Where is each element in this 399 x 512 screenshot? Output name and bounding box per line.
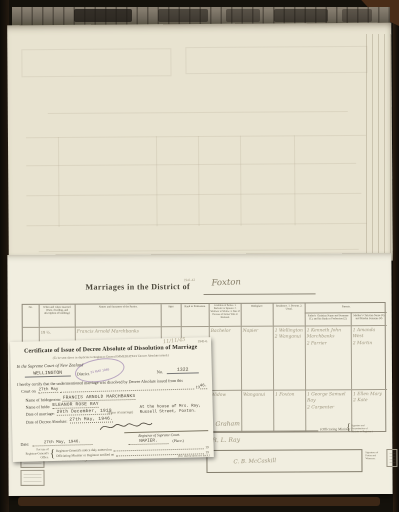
- district-typed-value: WELLINGTON: [25, 370, 71, 377]
- bride-label: Name of bride:: [26, 404, 51, 410]
- col-header-mother: Mother's Christian Name (1), and Maiden …: [351, 312, 387, 325]
- col-header-parents: Parents.: [305, 303, 387, 312]
- minister-caption-note: Signature and Denomination of Minister o…: [351, 424, 372, 433]
- stamp-date: 31 MAY 1946: [90, 367, 109, 374]
- col-header-birthplace: Birthplace.: [241, 304, 273, 326]
- number-value: 1322: [167, 367, 199, 374]
- showthrough-line: [240, 136, 242, 226]
- cell-birthplace-1: Napier: [241, 326, 273, 390]
- instructions-note: (For instructions see back.): [178, 453, 210, 458]
- form-reference: 1945-6.: [198, 339, 209, 343]
- date-typed: 27th May, 1946.: [32, 440, 92, 446]
- showthrough-line: [26, 193, 361, 196]
- showthrough-box: [185, 46, 367, 74]
- col-header-condition: Condition of Parties. 1. Bachelor or Spi…: [209, 304, 241, 326]
- witness-signature-box: C. B. McCaskill: [233, 458, 276, 465]
- book-cover-bottom-edge: [18, 497, 380, 506]
- office-brace: {: [50, 448, 56, 460]
- number-label: No.: [157, 369, 164, 374]
- blank-verso-page: [7, 23, 393, 264]
- certificate-date-row: Date: 27th May, 1946.: [20, 440, 92, 447]
- margin-note-box: [20, 470, 44, 486]
- marriage-place-label: (Place of marriage): [108, 410, 134, 415]
- marriage-date-value: 29th December, 1919: [57, 409, 112, 416]
- place-caption: (Place.): [172, 439, 183, 443]
- cell-birthplace-2: Wanganui: [241, 390, 273, 432]
- decree-date-typed: 27th May: [39, 388, 59, 393]
- showthrough-line: [26, 135, 366, 138]
- court-on-label: Court on: [21, 388, 36, 393]
- rule-fill: [60, 389, 193, 393]
- marriage-date-label: Date of marriage:: [26, 411, 55, 417]
- showthrough-line: [156, 136, 158, 226]
- margin-edge-box: [386, 449, 397, 467]
- date-label: Date:: [20, 442, 29, 447]
- bridegroom-label: Name of bridegroom:: [25, 397, 61, 403]
- col-header-residence: Residence. 1. Present. 2. Usual.: [273, 303, 305, 325]
- office-label: For use of Registrar-General's Office.: [17, 448, 49, 460]
- showthrough-line: [27, 223, 367, 226]
- district-underline: [204, 293, 316, 295]
- col-header-no: No.: [23, 305, 39, 327]
- col-header-rank: Rank or Profession.: [181, 304, 209, 326]
- party-signature: R. L. Ray: [212, 437, 240, 445]
- court-line: In the Supreme Court of New Zealand: [17, 362, 84, 369]
- showthrough-line: [198, 136, 200, 226]
- showthrough-line: [58, 137, 60, 227]
- marriage-date-row: Date of marriage: 29th December, 1919: [26, 409, 112, 417]
- registrar-caption: Registrar of Supreme Court.: [138, 432, 180, 437]
- place-typed: NAPIER.: [128, 438, 168, 445]
- showthrough-box: [21, 48, 171, 77]
- cell-father-2: 1 George Samuel Ray 2 Carpenter: [305, 389, 351, 431]
- book-cover-right-edge: [393, 0, 399, 512]
- bride-name: ELEANOR ROSE RAY: [52, 402, 99, 409]
- cell-condition-1: Bachelor: [209, 326, 241, 390]
- cell-residence-1: 1 Wellington 2 Wanganui: [273, 325, 305, 389]
- signature-box-caption: Signatures of Parties and Witnesses.: [365, 451, 378, 460]
- page-title: Marriages in the District of: [86, 282, 191, 292]
- bridegroom-name: FRANCIS ARNOLD MARCHBANKS: [63, 394, 136, 402]
- year-typed: 46.: [200, 384, 207, 389]
- col-header-father: Father's Christian Name and Surname (1),…: [305, 312, 351, 325]
- showthrough-line: [39, 249, 359, 252]
- cell-mother-1: 1 Amanda West 2 Martin: [351, 325, 387, 389]
- cell-father-1: 1 Kenneth John Marchbanks 2 Farrier: [305, 325, 351, 389]
- district-handwritten: Foxton: [211, 277, 241, 288]
- cell-residence-2: 1 Foxton: [273, 389, 305, 431]
- register-book-photo: 1941-42 Marriages in the District of Fox…: [0, 0, 399, 512]
- col-header-names: Names and Surnames of the Parties.: [75, 304, 161, 326]
- signature-box: C. B. McCaskill: [206, 449, 362, 473]
- showthrough-line: [26, 163, 356, 166]
- decree-absolute-certificate: 11/11/45 1945-6. Certificate of Issue of…: [10, 337, 214, 462]
- showthrough-line: [48, 111, 348, 114]
- col-header-when: When and where married. (Date, dwelling,…: [39, 305, 75, 327]
- decree-date-label: Date of Decree Absolute:: [26, 419, 68, 425]
- col-header-ages: Ages.: [161, 304, 181, 326]
- showthrough-line: [294, 135, 296, 225]
- marriage-place-value: At the house of Mrs. Ray, Russell Street…: [140, 404, 210, 416]
